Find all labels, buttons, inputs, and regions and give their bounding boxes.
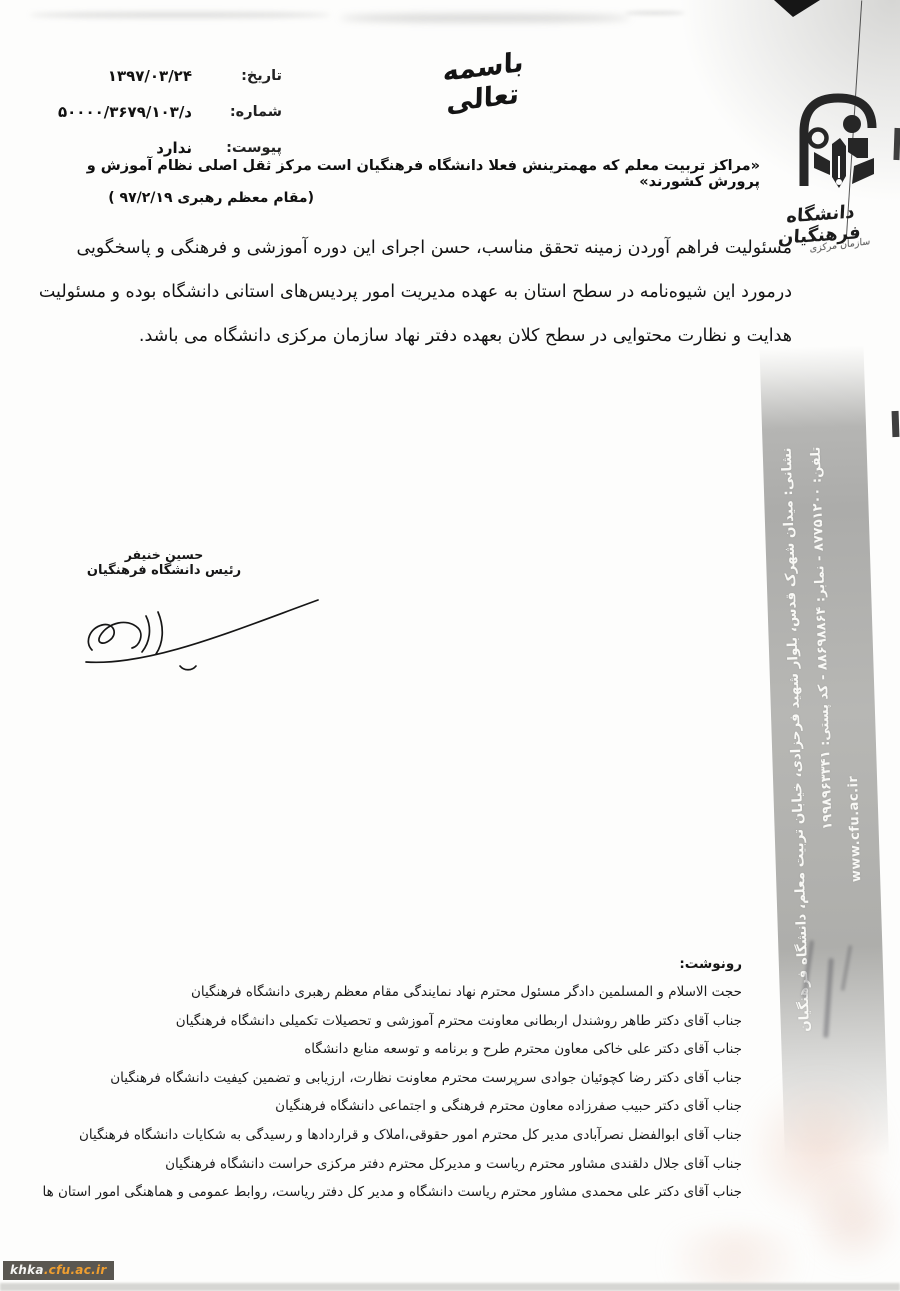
meta-date-label: تاریخ: xyxy=(222,68,282,84)
quote-attribution: (مقام معظم رهبری ۹۷/۲/۱۹ ) xyxy=(64,190,314,206)
letter-meta-fields: تاریخ: ۱۳۹۷/۰۳/۲۴ شماره: د/۵۰۰۰۰/۳۶۷۹/۱۰… xyxy=(8,58,282,166)
watermark-suffix: .cfu.ac.ir xyxy=(44,1263,107,1277)
logo-ring xyxy=(810,130,827,147)
meta-date-value: ۱۳۹۷/۰۳/۲۴ xyxy=(108,67,192,85)
scanned-letter-page: { "document": { "bismillah": "باسمه تعال… xyxy=(0,0,900,1291)
cc-item: جناب آقای دکتر طاهر روشندل اربطانی معاون… xyxy=(82,1007,742,1036)
bismillah-calligraphy: باسمه تعالی xyxy=(408,43,558,124)
watermark-prefix: khka xyxy=(10,1263,44,1277)
cc-item: جناب آقای دکتر حبیب صفرزاده معاون محترم … xyxy=(82,1092,742,1121)
logo-sun-circle xyxy=(843,115,861,133)
meta-number-row: شماره: د/۵۰۰۰۰/۳۶۷۹/۱۰۳ xyxy=(8,94,282,130)
cc-item: جناب آقای ابوالفضل نصرآبادی مدیر کل محتر… xyxy=(82,1121,742,1150)
leader-quote: «مراکز تربیت معلم که مهمترینش فعلا دانشگ… xyxy=(40,158,760,190)
body-line: مسئولیت فراهم آوردن زمینه تحقق مناسب، حس… xyxy=(92,226,792,270)
farhangian-logo-emblem xyxy=(788,86,884,204)
body-line: هدایت و نظارت محتوایی در سطح کلان بعهده … xyxy=(92,314,792,358)
meta-number-label: شماره: xyxy=(222,104,282,120)
cc-item: جناب آقای دکتر علی محمدی مشاور محترم ریا… xyxy=(82,1178,742,1207)
meta-attachment-value: ندارد xyxy=(156,139,192,157)
scan-edge-mark xyxy=(893,128,900,160)
signature-block: حسین خنیفر رئیس دانشگاه فرهنگیان xyxy=(78,547,250,578)
cc-list: رونوشت: حجت الاسلام و المسلمین دادگر مسئ… xyxy=(82,950,742,1207)
body-paragraph: مسئولیت فراهم آوردن زمینه تحقق مناسب، حس… xyxy=(92,226,792,358)
signature-scribble xyxy=(80,578,325,673)
meta-date-row: تاریخ: ۱۳۹۷/۰۳/۲۴ xyxy=(8,58,282,94)
cc-item: حجت الاسلام و المسلمین دادگر مسئول محترم… xyxy=(82,978,742,1007)
scan-edge-mark xyxy=(892,411,900,437)
cc-item: جناب آقای دکتر علی خاکی معاون محترم طرح … xyxy=(82,1035,742,1064)
meta-number-value: د/۵۰۰۰۰/۳۶۷۹/۱۰۳ xyxy=(58,103,192,121)
site-watermark: khka.cfu.ac.ir xyxy=(3,1261,114,1280)
signatory-name: حسین خنیفر xyxy=(78,547,250,562)
scan-stain xyxy=(806,1165,900,1275)
scan-bottom-edge xyxy=(0,1283,900,1291)
cc-item: جناب آقای جلال دلقندی مشاور محترم ریاست … xyxy=(82,1150,742,1179)
scan-smudge xyxy=(340,14,630,22)
scan-stain xyxy=(640,1228,830,1290)
farhangian-logo xyxy=(786,86,886,204)
signatory-title: رئیس دانشگاه فرهنگیان xyxy=(78,563,250,578)
scan-smudge xyxy=(30,12,330,18)
cc-heading: رونوشت: xyxy=(82,950,742,978)
body-line: درمورد این شیوه‌نامه در سطح استان به عهد… xyxy=(92,270,792,314)
cc-item: جناب آقای دکتر رضا کچوئیان جوادی سرپرست … xyxy=(82,1064,742,1093)
meta-attachment-label: پیوست: xyxy=(222,140,282,156)
